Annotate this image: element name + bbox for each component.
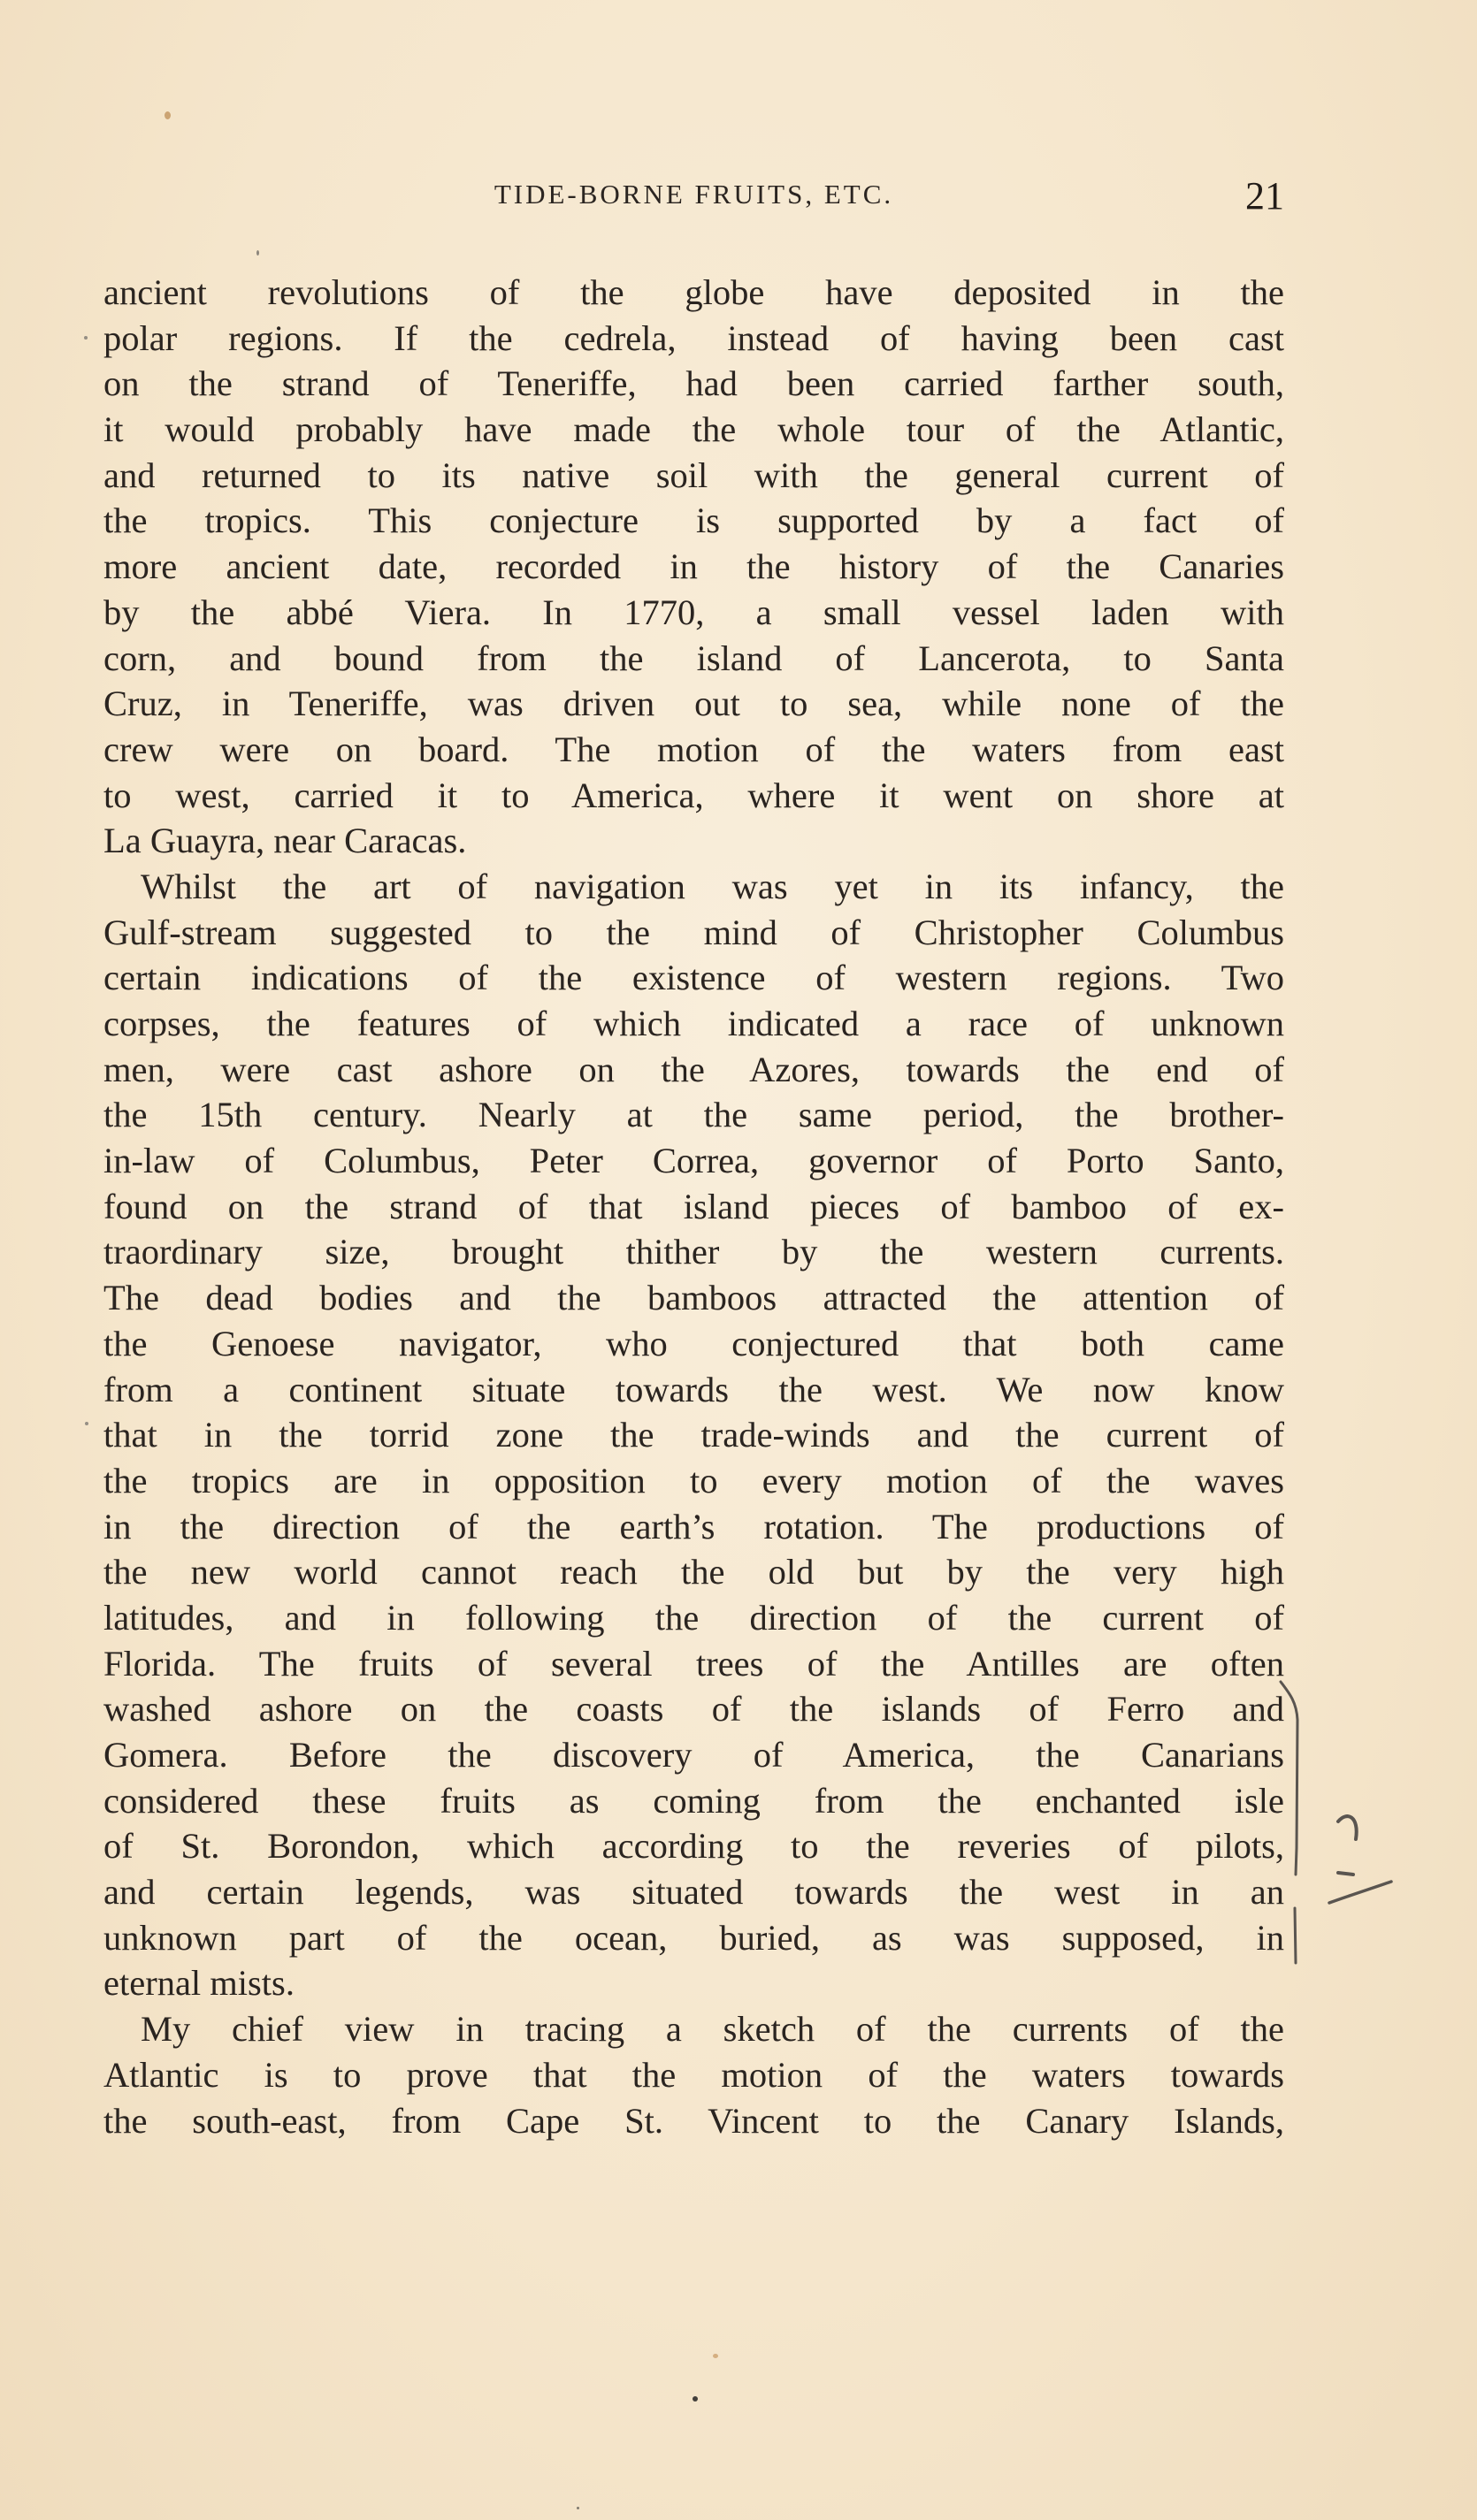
paper-speck bbox=[693, 2396, 698, 2402]
text-line: unknown part of the ocean, buried, as wa… bbox=[103, 1915, 1284, 1961]
margin-note-icon bbox=[1322, 1804, 1411, 1936]
text-line: more ancient date, recorded in the histo… bbox=[103, 544, 1284, 590]
text-line: the new world cannot reach the old but b… bbox=[103, 1549, 1284, 1595]
text-line: and certain legends, was situated toward… bbox=[103, 1869, 1284, 1915]
text-line: La Guayra, near Caracas. bbox=[103, 818, 1284, 864]
text-line: in-law of Columbus, Peter Correa, govern… bbox=[103, 1138, 1284, 1184]
paper-speck bbox=[256, 250, 259, 256]
text-line: men, were cast ashore on the Azores, tow… bbox=[103, 1047, 1284, 1093]
text-line: on the strand of Teneriffe, had been car… bbox=[103, 361, 1284, 407]
paper-speck bbox=[165, 111, 171, 119]
text-line: eternal mists. bbox=[103, 1960, 1284, 2006]
text-line: crew were on board. The motion of the wa… bbox=[103, 727, 1284, 773]
text-line: certain indications of the existence of … bbox=[103, 955, 1284, 1001]
running-head: TIDE-BORNE FRUITS, ETC. 21 bbox=[103, 173, 1284, 218]
text-line: Cruz, in Teneriffe, was driven out to se… bbox=[103, 681, 1284, 727]
text-line: the tropics. This conjecture is supporte… bbox=[103, 498, 1284, 544]
paper-speck bbox=[577, 2507, 579, 2509]
body-text: ancient revolutions of the globe have de… bbox=[103, 270, 1284, 2143]
text-line: washed ashore on the coasts of the islan… bbox=[103, 1686, 1284, 1732]
page-number: 21 bbox=[1245, 173, 1284, 218]
text-line: in the direction of the earth’s rotation… bbox=[103, 1504, 1284, 1550]
text-line: and returned to its native soil with the… bbox=[103, 453, 1284, 499]
text-line: from a continent situate towards the wes… bbox=[103, 1367, 1284, 1413]
text-line: that in the torrid zone the trade-winds … bbox=[103, 1412, 1284, 1458]
text-line: of St. Borondon, which according to the … bbox=[103, 1823, 1284, 1869]
text-line: corn, and bound from the island of Lance… bbox=[103, 636, 1284, 682]
text-line: the Genoese navigator, who conjectured t… bbox=[103, 1321, 1284, 1367]
text-line: latitudes, and in following the directio… bbox=[103, 1595, 1284, 1641]
text-line: by the abbé Viera. In 1770, a small vess… bbox=[103, 590, 1284, 636]
text-line: Whilst the art of navigation was yet in … bbox=[103, 864, 1284, 910]
text-line: the tropics are in opposition to every m… bbox=[103, 1458, 1284, 1504]
text-line: My chief view in tracing a sketch of the… bbox=[103, 2006, 1284, 2052]
margin-bracket-icon bbox=[1274, 1671, 1327, 1981]
text-line: Atlantic is to prove that the motion of … bbox=[103, 2052, 1284, 2098]
paper-speck bbox=[713, 2354, 718, 2358]
text-line: corpses, the features of which indicated… bbox=[103, 1001, 1284, 1047]
text-line: The dead bodies and the bamboos attracte… bbox=[103, 1275, 1284, 1321]
running-title: TIDE-BORNE FRUITS, ETC. bbox=[103, 179, 1284, 210]
text-line: the south-east, from Cape St. Vincent to… bbox=[103, 2098, 1284, 2144]
text-line: considered these fruits as coming from t… bbox=[103, 1778, 1284, 1824]
text-line: the 15th century. Nearly at the same per… bbox=[103, 1092, 1284, 1138]
text-line: Gulf-stream suggested to the mind of Chr… bbox=[103, 910, 1284, 956]
text-line: to west, carried it to America, where it… bbox=[103, 773, 1284, 819]
text-line: found on the strand of that island piece… bbox=[103, 1184, 1284, 1230]
text-line: traordinary size, brought thither by the… bbox=[103, 1229, 1284, 1275]
text-line: Gomera. Before the discovery of America,… bbox=[103, 1732, 1284, 1778]
text-line: it would probably have made the whole to… bbox=[103, 407, 1284, 453]
text-line: Florida. The fruits of several trees of … bbox=[103, 1641, 1284, 1687]
paper-speck bbox=[85, 1422, 88, 1425]
text-line: ancient revolutions of the globe have de… bbox=[103, 270, 1284, 316]
text-line: polar regions. If the cedrela, instead o… bbox=[103, 316, 1284, 362]
book-page: TIDE-BORNE FRUITS, ETC. 21 ancient revol… bbox=[0, 0, 1477, 2520]
paper-speck bbox=[84, 336, 88, 340]
